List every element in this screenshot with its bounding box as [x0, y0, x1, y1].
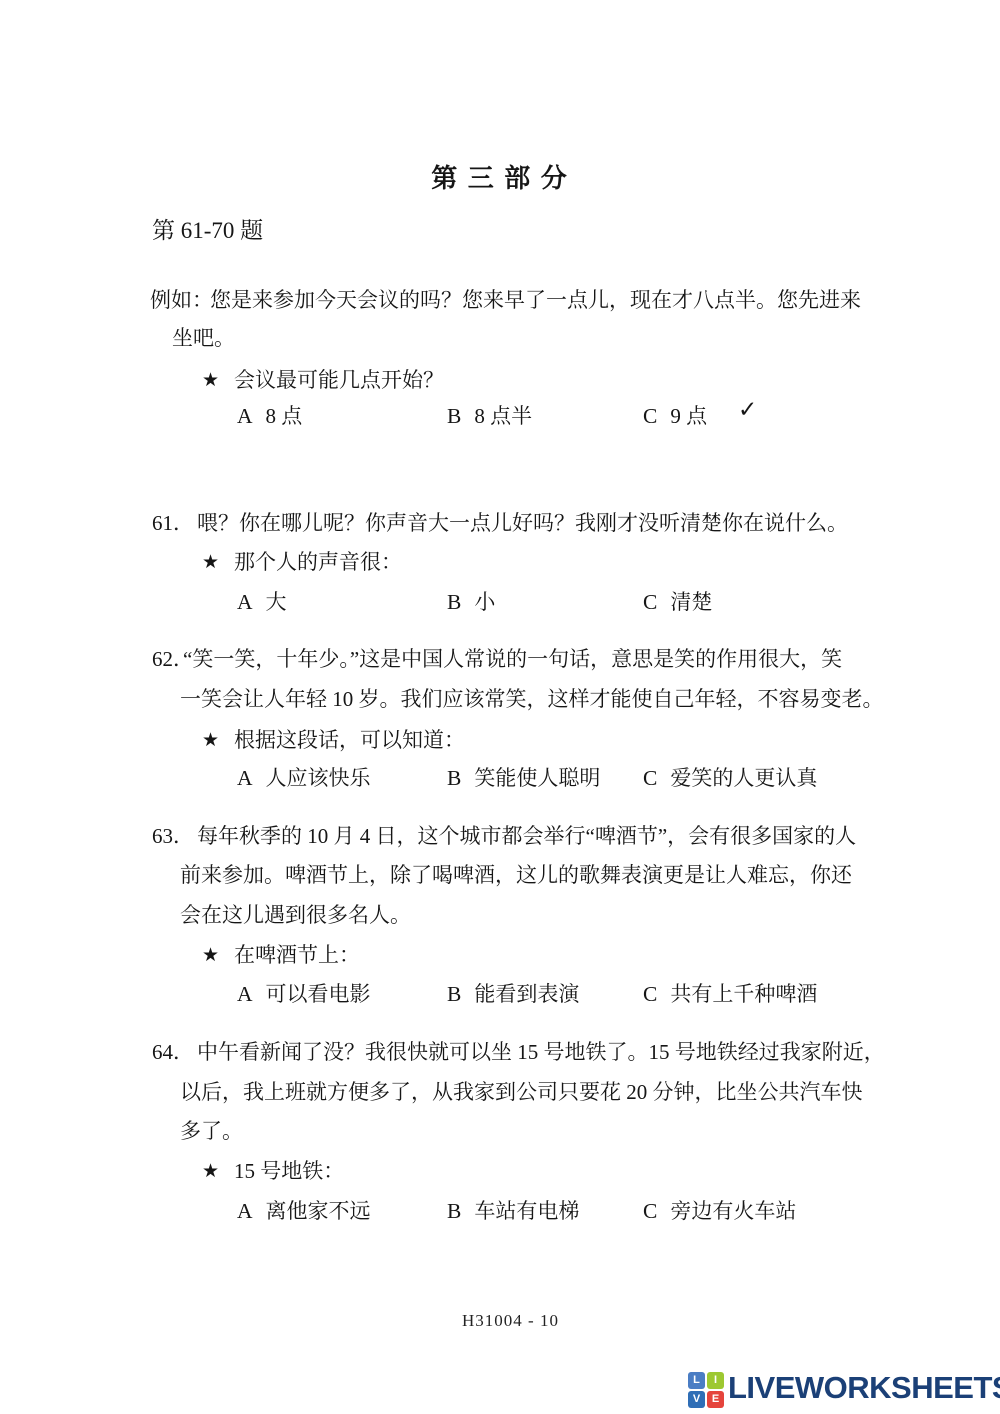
option-text: 8 点半: [474, 404, 532, 428]
option-letter: B: [447, 766, 461, 790]
option-text: 9 点: [670, 404, 707, 428]
question-61-option-c[interactable]: C清楚: [643, 586, 712, 616]
option-letter: A: [237, 982, 253, 1006]
option-letter: A: [237, 404, 253, 428]
star-icon: ★: [202, 730, 219, 751]
prompt-text: 根据这段话，可以知道：: [234, 728, 465, 752]
example-question-text: 会议最可能几点开始？: [234, 368, 444, 392]
question-62-option-c[interactable]: C爱笑的人更认真: [643, 762, 817, 792]
option-text: 爱笑的人更认真: [670, 766, 817, 790]
test-paper-page: 第 三 部 分 第 61-70 题 例如： 您是来参加今天会议的吗？您来早了一点…: [0, 0, 1000, 1414]
star-icon: ★: [202, 945, 219, 966]
option-letter: B: [447, 982, 461, 1006]
question-64-line1: 中午看新闻了没？我很快就可以坐 15 号地铁了。15 号地铁经过我家附近，: [197, 1036, 885, 1066]
prompt-text: 15 号地铁：: [234, 1159, 344, 1183]
option-text: 清楚: [670, 590, 712, 614]
question-63-option-c[interactable]: C共有上千种啤酒: [643, 978, 817, 1008]
option-text: 能看到表演: [474, 982, 579, 1006]
question-61-prompt: ★那个人的声音很：: [202, 546, 402, 576]
option-text: 车站有电梯: [474, 1199, 579, 1223]
option-text: 离他家不远: [266, 1199, 371, 1223]
question-64-line2: 以后，我上班就方便多了，从我家到公司只要花 20 分钟，比坐公共汽车快: [180, 1076, 863, 1106]
logo-tile-i: I: [707, 1372, 724, 1389]
option-letter: B: [447, 404, 461, 428]
example-passage-line1: 您是来参加今天会议的吗？您来早了一点儿，现在才八点半。您先进来: [210, 284, 861, 314]
prompt-text: 在啤酒节上：: [234, 943, 360, 967]
option-text: 8 点: [266, 404, 303, 428]
question-62-prompt: ★根据这段话，可以知道：: [202, 724, 465, 754]
question-63-number: 63．: [152, 820, 194, 850]
question-63-option-a[interactable]: A可以看电影: [237, 978, 371, 1008]
question-63-line2: 前来参加。啤酒节上，除了喝啤酒，这儿的歌舞表演更是让人难忘，你还: [180, 859, 852, 889]
example-option-a: A8 点: [237, 400, 302, 430]
option-text: 旁边有火车站: [670, 1199, 796, 1223]
option-text: 人应该快乐: [266, 766, 371, 790]
star-icon: ★: [202, 370, 219, 391]
option-letter: C: [643, 1199, 657, 1223]
option-letter: B: [447, 1199, 461, 1223]
question-64-option-a[interactable]: A离他家不远: [237, 1195, 371, 1225]
option-letter: C: [643, 404, 657, 428]
question-64-option-c[interactable]: C旁边有火车站: [643, 1195, 796, 1225]
question-61-option-a[interactable]: A大: [237, 586, 287, 616]
question-62-line2: 一笑会让人年轻 10 岁。我们应该常笑，这样才能使自己年轻，不容易变老。: [180, 683, 884, 713]
option-letter: B: [447, 590, 461, 614]
question-range-label: 第 61-70 题: [152, 212, 263, 245]
question-63-line3: 会在这儿遇到很多名人。: [180, 899, 411, 929]
question-64-line3: 多了。: [180, 1115, 243, 1145]
option-text: 小: [474, 590, 495, 614]
question-64-number: 64．: [152, 1036, 194, 1066]
option-text: 大: [266, 590, 287, 614]
question-61-number: 61．: [152, 507, 194, 537]
example-passage-line2: 坐吧。: [172, 322, 235, 352]
option-text: 可以看电影: [266, 982, 371, 1006]
option-letter: A: [237, 766, 253, 790]
liveworksheets-tiles-icon: L I V E: [688, 1372, 724, 1408]
liveworksheets-wordmark: LIVEWORKSHEETS: [728, 1370, 1000, 1406]
example-option-b: B8 点半: [447, 400, 532, 430]
question-63-option-b[interactable]: B能看到表演: [447, 978, 579, 1008]
option-letter: A: [237, 590, 253, 614]
option-letter: C: [643, 982, 657, 1006]
option-letter: C: [643, 766, 657, 790]
checkmark-icon: ✓: [738, 397, 757, 423]
question-61-line1: 喂？你在哪儿呢？你声音大一点儿好吗？我刚才没听清楚你在说什么。: [197, 507, 848, 537]
question-64-prompt: ★15 号地铁：: [202, 1155, 344, 1185]
question-61-option-b[interactable]: B小: [447, 586, 495, 616]
question-62-option-b[interactable]: B笑能使人聪明: [447, 762, 600, 792]
logo-tile-l: L: [688, 1372, 705, 1389]
question-64-option-b[interactable]: B车站有电梯: [447, 1195, 579, 1225]
option-text: 笑能使人聪明: [474, 766, 600, 790]
option-letter: C: [643, 590, 657, 614]
page-title: 第 三 部 分: [0, 158, 1000, 195]
star-icon: ★: [202, 1161, 219, 1182]
star-icon: ★: [202, 552, 219, 573]
question-62-option-a[interactable]: A人应该快乐: [237, 762, 371, 792]
prompt-text: 那个人的声音很：: [234, 550, 402, 574]
example-option-c: C9 点: [643, 400, 707, 430]
page-code: H31004 - 10: [462, 1311, 559, 1331]
option-letter: A: [237, 1199, 253, 1223]
logo-tile-v: V: [688, 1391, 705, 1408]
example-question: ★会议最可能几点开始？: [202, 364, 444, 394]
option-text: 共有上千种啤酒: [670, 982, 817, 1006]
question-63-prompt: ★在啤酒节上：: [202, 939, 360, 969]
logo-tile-e: E: [707, 1391, 724, 1408]
question-62-line1: “笑一笑，十年少。”这是中国人常说的一句话，意思是笑的作用很大，笑: [183, 643, 842, 673]
question-63-line1: 每年秋季的 10 月 4 日，这个城市都会举行“啤酒节”，会有很多国家的人: [197, 820, 856, 850]
example-label: 例如：: [150, 284, 213, 314]
